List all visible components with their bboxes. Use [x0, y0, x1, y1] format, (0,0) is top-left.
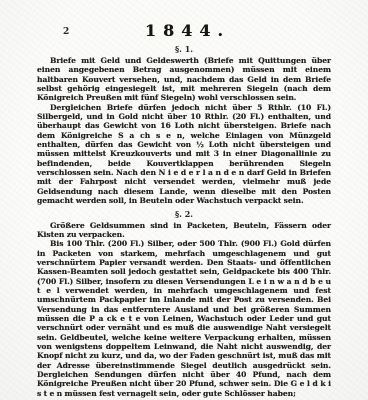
- section-1-body: Briefe mit Geld und Geldeswerth (Briefe …: [37, 56, 331, 206]
- section-2-body: Größere Geldsummen sind in Packeten, Beu…: [37, 221, 331, 399]
- section-mark-2: §. 2.: [0, 209, 368, 219]
- section-mark-1: §. 1.: [0, 44, 368, 54]
- year-heading: 1844.: [0, 0, 368, 40]
- paragraph: Briefe mit Geld und Geldeswerth (Briefe …: [37, 56, 331, 103]
- page-number: 2: [63, 27, 69, 37]
- paragraph: Dergleichen Briefe dürfen jedoch nicht ü…: [37, 103, 331, 206]
- paragraph: Größere Geldsummen sind in Packeten, Beu…: [37, 221, 331, 240]
- paragraph: Bis 100 Thlr. (200 Fl.) Silber, oder 500…: [37, 239, 331, 398]
- scanned-document-page: 2 1844. §. 1. Briefe mit Geld und Geldes…: [0, 0, 368, 400]
